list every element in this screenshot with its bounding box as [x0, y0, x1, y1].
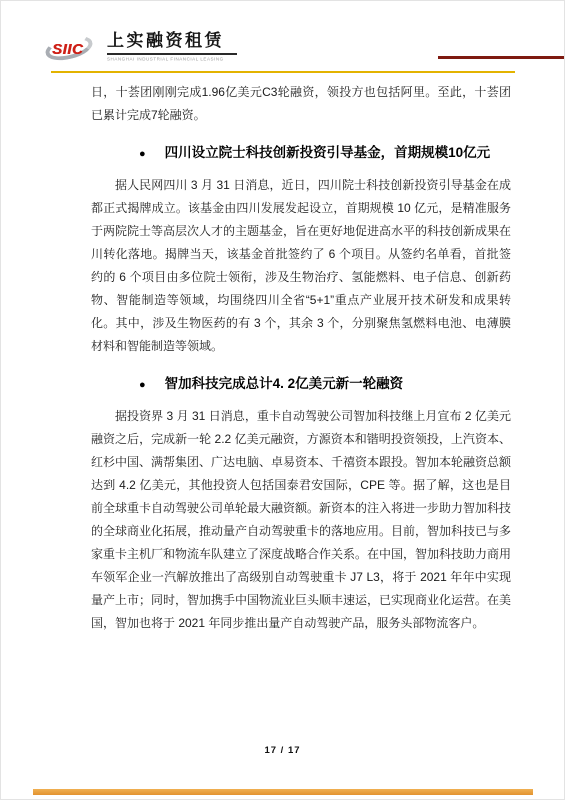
company-logo: SIIC 上实融资租赁 SHANGHAI INDUSTRIAL FINANCIA… — [45, 31, 237, 65]
section-heading-2: ● 智加科技完成总计4. 2亿美元新一轮融资 — [91, 374, 511, 395]
header-rule-red — [438, 56, 564, 59]
intro-paragraph: 日，十荟团刚刚完成1.96亿美元C3轮融资，领投方也包括阿里。至此，十荟团已累计… — [91, 81, 511, 127]
logo-names: 上实融资租赁 SHANGHAI INDUSTRIAL FINANCIAL LEA… — [107, 31, 237, 63]
document-content: 日，十荟团刚刚完成1.96亿美元C3轮融资，领投方也包括阿里。至此，十荟团已累计… — [91, 81, 511, 635]
section-heading-1: ● 四川设立院士科技创新投资引导基金，首期规模10亿元 — [91, 143, 511, 164]
section-heading-text: 四川设立院士科技创新投资引导基金，首期规模10亿元 — [165, 143, 491, 163]
section-body-2: 据投资界 3 月 31 日消息，重卡自动驾驶公司智加科技继上月宣布 2 亿美元融… — [91, 405, 511, 635]
logo-name-en: SHANGHAI INDUSTRIAL FINANCIAL LEASING — [107, 57, 224, 62]
section-heading-text: 智加科技完成总计4. 2亿美元新一轮融资 — [165, 374, 404, 394]
section-body-1: 据人民网四川 3 月 31 日消息，近日，四川院士科技创新投资引导基金在成都正式… — [91, 174, 511, 358]
document-page: SIIC 上实融资租赁 SHANGHAI INDUSTRIAL FINANCIA… — [0, 0, 565, 800]
header-rule-gold — [51, 71, 515, 73]
footer-page-number: 17 / 17 — [1, 745, 564, 756]
logo-name-cn: 上实融资租赁 — [107, 31, 237, 55]
footer-bar — [33, 789, 533, 795]
bullet-icon: ● — [139, 375, 146, 395]
logo-siic-text: SIIC — [52, 41, 83, 58]
bullet-icon: ● — [139, 144, 146, 164]
siic-logo-mark: SIIC — [45, 35, 101, 65]
